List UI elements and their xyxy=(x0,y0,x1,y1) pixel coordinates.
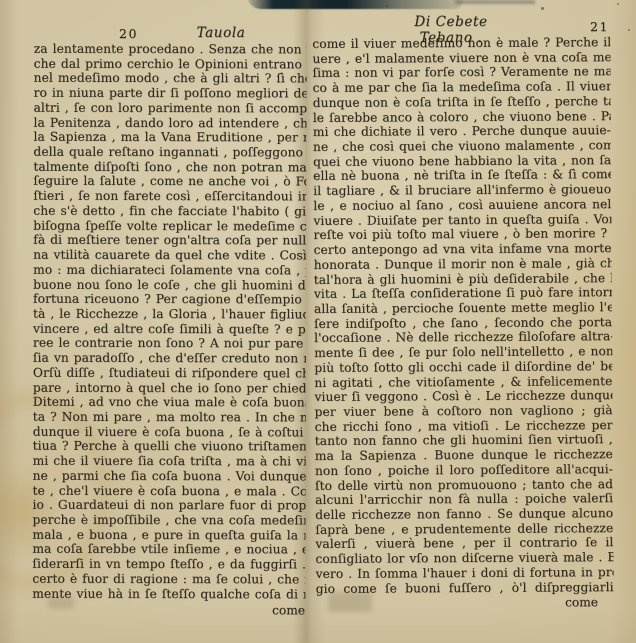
text-line: ſtieri , ſe non farete così , eſſercitan… xyxy=(33,189,306,204)
text-line: tiua ? Perche à quelli che viuono triſta… xyxy=(33,439,306,454)
catchword: come xyxy=(314,595,612,612)
text-line: ne , che così quei che viuono malamente … xyxy=(313,138,611,155)
text-line: mala , e buona , e pure in queſta guiſa … xyxy=(32,527,305,542)
text-line: ta ? Non mi pare , ma molto rea . In che… xyxy=(33,410,306,425)
text-line: ſiderarſi in vn tempo ſteſſo , e da fugg… xyxy=(32,557,305,572)
text-line: mente ſi dee , ſe pur ſolo nell'intellet… xyxy=(314,344,612,361)
text-line: biſogna ſpeſſe volte replicar le medeſim… xyxy=(33,218,306,233)
text-line: perche è impoſſibile , che vna coſa mede… xyxy=(32,513,305,528)
text-line: talmente diſpoſti ſono , che non potran … xyxy=(33,159,306,174)
scanner-dark-band-tail xyxy=(455,0,535,4)
text-line: le , e nociuo al ſano , così auuiene anc… xyxy=(313,197,611,214)
text-line: della quale reſtano ingannati , poſſeggo… xyxy=(33,145,306,160)
text-line: più toſto ſotto gli occhi cade il diſord… xyxy=(314,359,612,376)
text-line: te , che'l viuere è coſa buona , e mala … xyxy=(33,483,306,498)
right-page-text-column: come il viuer medeſimo non è male ? Perc… xyxy=(312,35,613,596)
text-line: certo antepongo ad vna vita infame vna m… xyxy=(314,241,612,258)
book-scan-page: 20 Tauola Di Cebete Tebano . 21 za lenta… xyxy=(0,0,636,643)
text-line: ne , parmi che ſia coſa buona . Voi dunq… xyxy=(33,468,306,483)
catchword: come xyxy=(33,603,306,618)
text-line: come il viuer medeſimo non è male ? Perc… xyxy=(312,35,610,52)
text-line: buone nou ſono le coſe , che gli huomini… xyxy=(33,277,306,292)
text-line: nel medeſimo modo , che à gli altri ? ſì… xyxy=(34,71,307,86)
text-line: delle ricchezze non fanno . Se dunque al… xyxy=(315,506,613,523)
text-line: certo è fuor di ragione : ma ſe colui , … xyxy=(32,572,305,587)
text-line: vincere , ed altre coſe ſimili à queſte … xyxy=(33,321,306,336)
text-line: la Penitenza , dando loro ad intendere ,… xyxy=(34,115,307,130)
text-line: fà di meſtiere tener ogn'altra coſa per … xyxy=(33,233,306,248)
text-line: tà , le Ricchezze , la Gloria , l'hauer … xyxy=(33,307,306,322)
text-line: dunque il viuere è coſa buona , ſe à coſ… xyxy=(33,424,306,439)
text-line: na vtilità cauarete da quel che vdite . … xyxy=(33,248,306,263)
text-line: honorata . Dunque il morir non è male , … xyxy=(314,256,612,273)
page-number-right: 21 xyxy=(590,19,609,34)
text-line: ſeguire la ſalute , come ne anche voi , … xyxy=(33,174,306,189)
text-line: gio come ſe buoni fuſſero , ò'l diſpregg… xyxy=(316,580,614,597)
text-line: non ſono , poiche il loro poſſeditore al… xyxy=(315,462,613,479)
ink-speck xyxy=(628,29,630,31)
ink-speck xyxy=(541,7,544,10)
text-line: mo : ma dichiarateci ſolamente vna coſa … xyxy=(33,262,306,277)
text-line: pare , intorno à quel che io ſono per ch… xyxy=(33,380,306,395)
text-line: ree le contrarie non ſono ? A noi pur pa… xyxy=(33,336,306,351)
text-line: ſia vn paradoſſo , che d'eſſer creduto n… xyxy=(33,351,306,366)
text-line: za lentamente procedano . Senza che non … xyxy=(34,42,307,57)
text-line: alla ſanità , percioche ſouente mette me… xyxy=(314,300,612,317)
left-page-catchword-row: come xyxy=(33,603,306,618)
text-line: altri , ſe con loro parimente non ſi acc… xyxy=(34,101,307,116)
right-page-catchword-row: come xyxy=(314,595,612,612)
text-line: conſigliato lor vſo non diſcerne viuerà … xyxy=(315,550,613,567)
text-line: mi che il viuere ſia coſa triſta , ma à … xyxy=(33,454,306,469)
text-line: co à me par che ſia la medeſima coſa . I… xyxy=(313,79,611,96)
text-line: che dal primo cerchio le Opinioni entran… xyxy=(34,56,307,71)
left-page-text-column: za lentamente procedano . Senza che non … xyxy=(32,42,306,602)
text-line: ma la Sapienza . Buone dunque le ricchez… xyxy=(315,447,613,464)
page-number-left: 20 xyxy=(119,26,138,41)
running-title-left: Tauola xyxy=(151,25,291,41)
text-line: ro in niuna parte dir ſi poſſono meglior… xyxy=(34,86,307,101)
text-line: io . Guardateui di non parlare fuor di p… xyxy=(32,498,305,513)
text-line: la Sapienza , ma la Vana Eruditione , pe… xyxy=(33,130,306,145)
text-line: Ditemi , ad vno che viua male è coſa buo… xyxy=(33,395,306,410)
text-line: mente viue hà in ſe ſteſſo qualche coſa … xyxy=(32,586,305,601)
text-line: per viuer bene à coſtoro non vagliono ; … xyxy=(315,403,613,420)
text-line: il tagliare , & il bruciare all'infermo … xyxy=(313,182,611,199)
ink-speck xyxy=(386,5,388,7)
text-line: dunque non è coſa triſta in ſe ſteſſo , … xyxy=(313,94,611,111)
text-line: ma coſa ſarebbe vtile inſieme , e nociua… xyxy=(32,542,305,557)
text-line: fortuna riceuono ? Per cagione d'eſſempi… xyxy=(33,292,306,307)
scanner-dark-band xyxy=(247,0,463,9)
ink-speck xyxy=(617,3,619,5)
text-line: Orſù diſſe , ſtudiateui di riſpondere qu… xyxy=(33,365,306,380)
text-line: che s'è detto , fin che facciate l'habit… xyxy=(33,204,306,219)
text-line: vero . In ſomma l'hauer i doni di fortun… xyxy=(316,565,614,582)
